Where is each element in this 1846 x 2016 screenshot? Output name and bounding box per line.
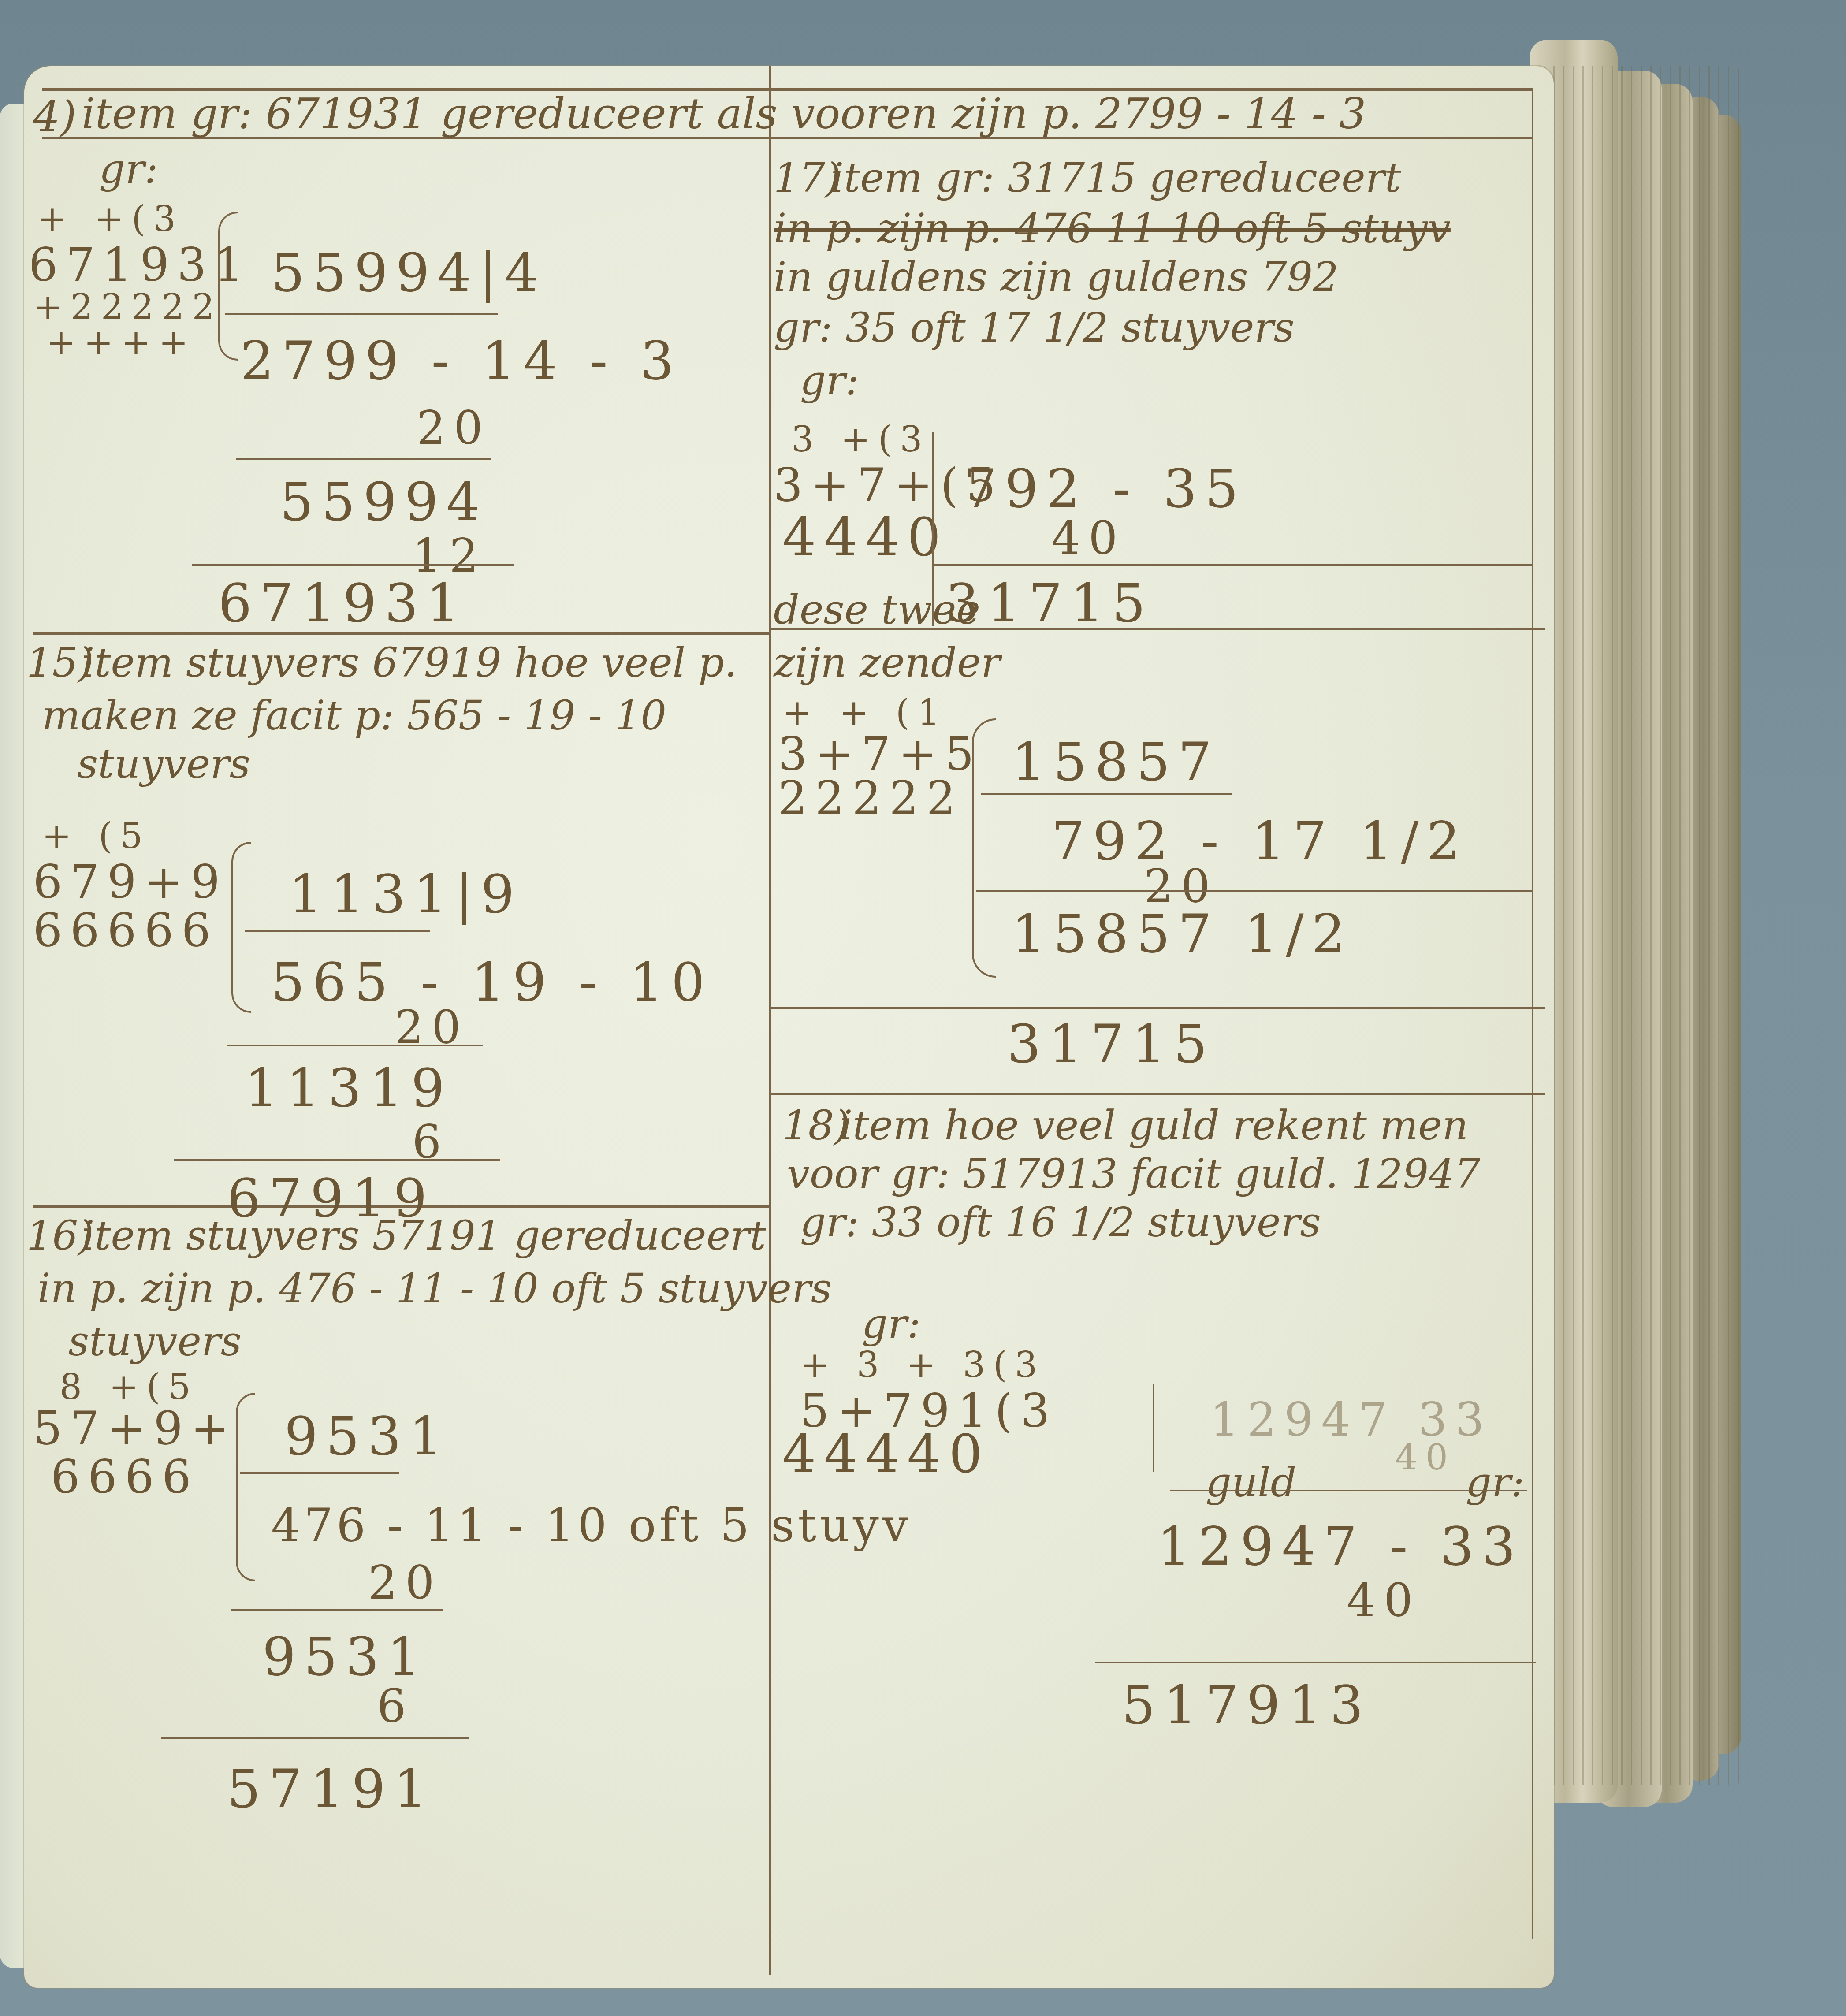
scratch-line: 66666 [33,904,219,957]
division-bracket [231,842,251,1013]
proof-total: 517913 [1122,1675,1371,1736]
proof-rule [231,1609,443,1611]
proof-multiplier: 20 [368,1556,442,1610]
unit-label: gr: [862,1300,921,1347]
faded-multiplier: 40 [1395,1437,1456,1478]
header-number: 4) [33,92,77,141]
unit-label: stuyvers [68,1318,242,1365]
scratch-line: 44440 [782,1424,990,1485]
quotient: 9531 [284,1406,450,1467]
scratch-line: + 3 + 3(3 [800,1344,1045,1385]
right-rule-17b [769,1007,1545,1009]
proof-rule [161,1737,469,1739]
right-rule-18 [769,1093,1545,1095]
division-rule [240,1472,399,1474]
problem-statement: in p. zijn p. 476 - 11 - 10 oft 5 stuyve… [37,1265,832,1312]
division-bar [1153,1384,1154,1472]
unit-label: gr: [99,145,158,193]
scratch-line: ++++ [46,322,196,363]
proof-total: 671931 [218,573,468,634]
proof-intermediate: 55994 [280,472,488,533]
proof-multiplier: 40 [1051,511,1125,565]
problem-statement: item stuyvers 57191 gereduceert [82,1212,766,1259]
problem-statement: gr: 33 oft 16 1/2 stuyvers [800,1199,1321,1246]
scratch-line: 22222 [778,771,964,825]
scratch-line: + +(3 [37,198,184,239]
division-result: 12947 - 33 [1157,1516,1523,1577]
problem-statement: gr: 35 oft 17 1/2 stuyvers [774,304,1295,351]
scratch-line: 4440 [782,507,949,568]
division-bracket [236,1393,255,1581]
division-result: 792 - 17 1/2 [1051,811,1468,872]
division-rule [225,313,498,315]
problem-statement: voor gr: 517913 facit guld. 12947 [787,1150,1480,1198]
scratch-line: 679+9 [33,855,228,909]
proof-rule [976,890,1532,892]
proof-multiplier: 6 [377,1679,414,1733]
proof-intermediate: 11319 [245,1058,453,1119]
note-text: zijn zender [774,639,1000,686]
problem-statement: item hoe veel guld rekent men [840,1102,1468,1149]
facing-page-edge [0,104,26,1968]
proof-multiplier: 20 [417,401,491,455]
proof-total: 31715 [1007,1014,1215,1075]
division-rule [1170,1490,1527,1491]
division-result: 476 - 11 - 10 oft 5 stuyv [271,1499,912,1552]
proof-rule [932,564,1532,566]
page-edges-texture [1534,66,1746,1785]
division-result: 565 - 19 - 10 [271,952,713,1013]
unit-label: gr: [800,357,859,404]
label-gr: gr: [1466,1459,1525,1506]
column-divider [769,66,771,1975]
proof-total: 57191 [227,1759,435,1820]
problem-statement: in guldens zijn guldens 792 [774,253,1339,301]
proof-multiplier: 40 [1347,1573,1421,1627]
division-rule [245,930,430,932]
label-guld: guld [1206,1459,1296,1506]
note-text: dese twee [774,586,980,633]
proof-intermediate: 9531 [262,1626,428,1688]
header-text: item gr: 671931 gereduceert als vooren z… [82,89,1366,138]
scratch-line: + (5 [42,815,151,856]
scratch-line: 3 +(3 [791,419,930,460]
proof-rule [1095,1662,1536,1663]
proof-rule [227,1045,483,1046]
quotient: 1131|9 [289,864,522,925]
problem-statement: maken ze facit p: 565 - 19 - 10 [42,692,666,739]
problem-statement: item gr: 31715 gereduceert [831,154,1401,201]
unit-label: stuyvers [77,740,250,788]
proof-rule [192,564,514,566]
manuscript-page: 4) item gr: 671931 gereduceert als voore… [24,66,1554,1988]
division-bracket [218,212,238,361]
quotient: 15857 [1012,732,1220,793]
problem-statement: item stuyvers 67919 hoe veel p. [82,639,737,686]
division-result: 2799 - 14 - 3 [240,331,682,392]
struck-statement: in p. zijn p. 476 11 10 oft 5 stuyv [774,205,1451,252]
proof-rule [236,458,491,460]
scratch-line: 57+9+ [33,1402,237,1455]
proof-intermediate: 15857 1/2 [1012,904,1353,965]
division-result: 792 - 35 [963,458,1247,520]
scratch-line: 6666 [51,1450,199,1504]
proof-rule [174,1159,500,1161]
division-bracket [972,718,996,978]
quotient: 55994|4 [271,242,547,304]
division-rule [981,793,1232,795]
